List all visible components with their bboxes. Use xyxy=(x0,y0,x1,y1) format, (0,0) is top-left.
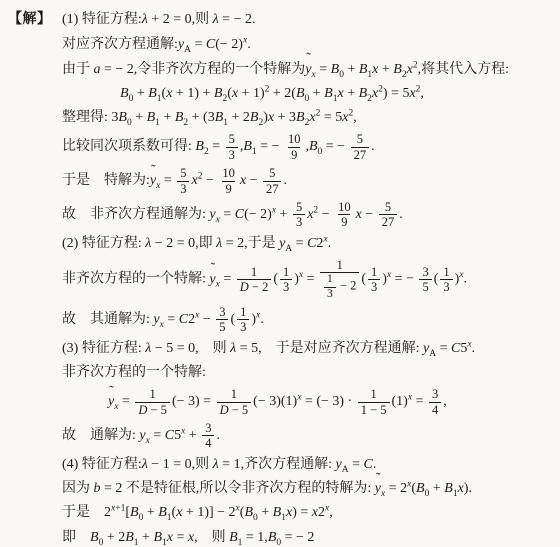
solution-line: 非齐次方程的一个特解: ˜yx = 1D − 2(13)x = 113 − 2(… xyxy=(62,258,556,301)
solution-line: 故 通解为: yx = C5x + 34. xyxy=(62,421,556,451)
equation-line: B0 + B1(x + 1) + B2(x + 1)2 + 2(B0 + B1x… xyxy=(120,84,556,104)
solution-line: 故 其通解为: yx = C2x − 35(13)x. xyxy=(62,305,556,335)
solution-line: (2) 特征方程: λ − 2 = 0,即 λ = 2,于是 yA = C2x. xyxy=(62,234,556,254)
solution-line: 故 非齐次方程通解为: yx = C(− 2)x + 53x2 − 109x −… xyxy=(62,200,556,230)
solution-line: 于是 特解为:˜yx = 53x2 − 109x − 527. xyxy=(62,166,556,196)
solution-line: 于是 2x+1[B0 + B1(x + 1)] − 2x(B0 + B1x) =… xyxy=(62,503,556,523)
line-content: (1) 特征方程:λ + 2 = 0,则 λ = − 2. xyxy=(62,10,255,30)
solution-line: 即 B0 + 2B1 + B1x = x, 则 B1 = 1,B0 = − 2 xyxy=(62,528,556,547)
document-page: 【解】 (1) 特征方程:λ + 2 = 0,则 λ = − 2. 对应齐次方程… xyxy=(0,0,560,547)
solution-line: (3) 特征方程: λ − 5 = 0, 则 λ = 5, 于是对应齐次方程通解… xyxy=(62,339,556,359)
solution-line: 由于 a = − 2,令非齐次方程的一个特解为˜yx = B0 + B1x + … xyxy=(62,60,556,80)
solution-line: (4) 特征方程:λ − 1 = 0,则 λ = 1,齐次方程通解: yA = … xyxy=(62,455,556,475)
solution-line: 整理得: 3B0 + B1 + B2 + (3B1 + 2B2)x + 3B2x… xyxy=(62,108,556,128)
solution-line: 【解】 (1) 特征方程:λ + 2 = 0,则 λ = − 2. xyxy=(8,10,556,30)
solution-line: 非齐次方程的一个特解: xyxy=(62,363,556,383)
solution-line: 因为 b = 2 不是特征根,所以令非齐次方程的特解为: ˜yx = 2x(B0… xyxy=(62,479,556,499)
solution-line: 比较同次项系数可得: B2 = 53,B1 = − 109,B0 = − 527… xyxy=(62,132,556,162)
equation-line: ˜yx = 1D − 5(− 3) = 1D − 5(− 3)(1)x = (−… xyxy=(108,387,556,417)
solution-label: 【解】 xyxy=(8,10,62,30)
